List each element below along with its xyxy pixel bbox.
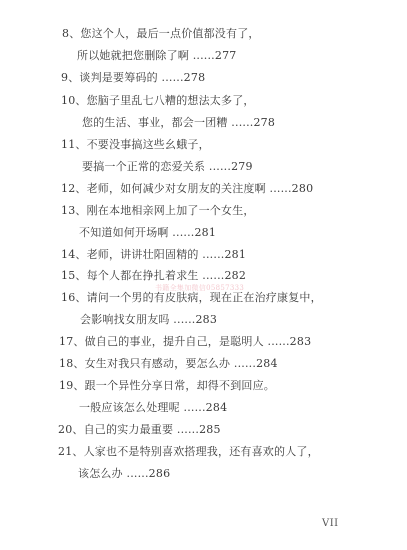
toc-line: 要搞一个正常的恋爱关系 ......279 xyxy=(82,160,253,174)
toc-line: 18、女生对我只有感动，要怎么办 ......284 xyxy=(59,357,278,371)
toc-line: 14、老师，讲讲壮阳固精的 ......281 xyxy=(61,248,246,262)
toc-line: 所以她就把您删除了啊 ......277 xyxy=(77,49,236,63)
toc-line: 17、做自己的事业，提升自己，是聪明人 ......283 xyxy=(59,335,311,349)
toc-line: 12、老师，如何减少对女朋友的关注度啊 ......280 xyxy=(61,182,313,196)
toc-line: 一般应该怎么处理呢 ......284 xyxy=(79,401,227,415)
toc-line: 11、不要没事搞这些幺蛾子， xyxy=(61,138,210,152)
toc-line: 21、人家也不是特别喜欢搭理我，还有喜欢的人了， xyxy=(58,445,319,459)
document-page: 8、您这个人，最后一点价值都没有了，所以她就把您删除了啊 ......2779、… xyxy=(0,0,407,550)
toc-line: 15、每个人都在挣扎着求生 ......282 xyxy=(61,269,246,283)
toc-line: 会影响找女朋友吗 ......283 xyxy=(80,313,217,327)
toc-line: 19、跟一个异性分享日常，却得不到回应。 xyxy=(59,379,275,393)
toc-line: 16、请问一个男的有皮肤病，现在正在治疗康复中， xyxy=(61,291,322,305)
toc-line: 13、刚在本地相亲网上加了一个女生， xyxy=(61,204,255,218)
toc-line: 8、您这个人，最后一点价值都没有了， xyxy=(62,27,260,41)
page-number: VII xyxy=(322,518,339,529)
toc-line: 您的生活、事业，都会一团糟 ......278 xyxy=(82,116,275,130)
toc-line: 10、您脑子里乱七八糟的想法太多了， xyxy=(61,94,255,108)
toc-line: 该怎么办 ......286 xyxy=(78,467,170,481)
toc-line: 9、谈判是要筹码的 ......278 xyxy=(61,71,205,85)
toc-line: 20、自己的实力最重要 ......285 xyxy=(58,423,221,437)
watermark-text: 书籍全集加微信05857333 xyxy=(155,283,244,293)
toc-line: 不知道如何开场啊 ......281 xyxy=(79,226,216,240)
